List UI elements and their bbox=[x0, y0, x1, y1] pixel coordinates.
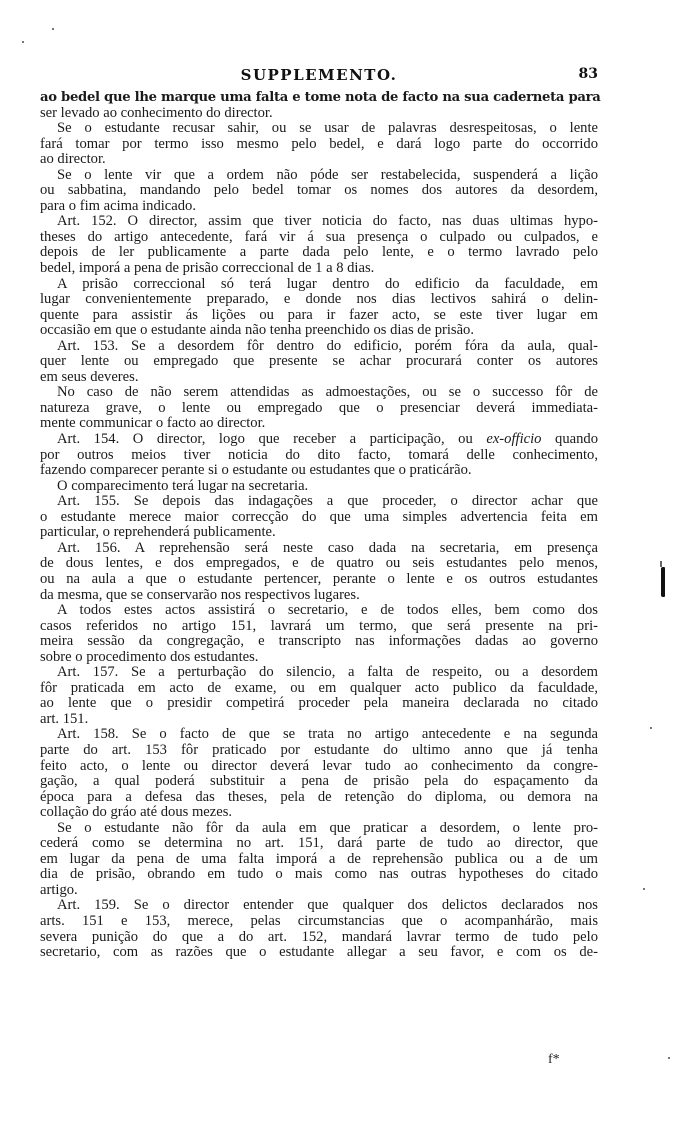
text-line: A todos estes actos assistirá o secretar… bbox=[40, 603, 598, 619]
text-line: arts. 151 e 153, merece, pelas circumsta… bbox=[40, 914, 598, 930]
text-line: No caso de não serem attendidas as admoe… bbox=[40, 385, 598, 401]
text-line: Art. 157. Se a perturbação do silencio, … bbox=[40, 665, 598, 681]
text-line: casos referidos no artigo 151, lavrará u… bbox=[40, 619, 598, 635]
text-line: sobre o procedimento dos estudantes. bbox=[40, 650, 598, 666]
text-line: Art. 158. Se o facto de que se trata no … bbox=[40, 727, 598, 743]
text-line: ou sabbatina, mandando pelo bedel tomar … bbox=[40, 183, 598, 199]
text-line: occasião em que o estudante ainda não te… bbox=[40, 323, 598, 339]
text-line: collação do gráo até dous mezes. bbox=[40, 805, 598, 821]
text-line: particular, o reprehenderá publicamente. bbox=[40, 525, 598, 541]
document-page: SUPPLEMENTO. 83 ao bedel que lhe marque … bbox=[40, 64, 598, 961]
text-line: depois de ler publicamente a parte dada … bbox=[40, 245, 598, 261]
page-number: 83 bbox=[579, 66, 598, 82]
text-line: Se o estudante recusar sahir, ou se usar… bbox=[40, 121, 598, 137]
text-line: fará tomar por termo isso mesmo pelo bed… bbox=[40, 137, 598, 153]
text-line: cederá como se determina no art. 151, da… bbox=[40, 836, 598, 852]
text-line: parte do art. 153 fôr praticado por estu… bbox=[40, 743, 598, 759]
text-line: Art. 155. Se depois das indagações a que… bbox=[40, 494, 598, 510]
text-line: bedel, imporá a pena de prisão correccio… bbox=[40, 261, 598, 277]
text-line: theses do artigo antecedente, fará vir á… bbox=[40, 230, 598, 246]
text-line: quer lente ou empregado que presente se … bbox=[40, 354, 598, 370]
running-head: SUPPLEMENTO. 83 bbox=[40, 64, 598, 86]
text-line: mente communicar o facto ao director. bbox=[40, 416, 598, 432]
running-title: SUPPLEMENTO. bbox=[40, 66, 598, 84]
scan-speck bbox=[52, 28, 54, 30]
text-line: A prisão correccional só terá lugar dent… bbox=[40, 277, 598, 293]
text-line: para o fim acima indicado. bbox=[40, 199, 598, 215]
text-line: ao director. bbox=[40, 152, 598, 168]
text-line: fazendo comparecer perante si o estudant… bbox=[40, 463, 598, 479]
text-line: Se o lente vir que a ordem não póde ser … bbox=[40, 168, 598, 184]
text-line: feito acto, o lente ou director deverá l… bbox=[40, 759, 598, 775]
text-line: ou na aula a que o estudante pertencer, … bbox=[40, 572, 598, 588]
text-line: severa punição do que a do art. 152, man… bbox=[40, 930, 598, 946]
scan-speck bbox=[22, 41, 24, 43]
text-line: dia de prisão, obrando em tudo o mais co… bbox=[40, 867, 598, 883]
body-text: ao bedel que lhe marque uma falta e tome… bbox=[40, 90, 598, 961]
text-line: natureza grave, o lente ou empregado que… bbox=[40, 401, 598, 417]
italic-term: ex-officio bbox=[486, 431, 541, 447]
text-line: em lugar da pena de uma falta imporá a d… bbox=[40, 852, 598, 868]
text-line: época para a defesa das theses, pela de … bbox=[40, 790, 598, 806]
text-line: o estudante merece maior correcção do qu… bbox=[40, 510, 598, 526]
text-line: fôr praticada em acto de exame, ou em qu… bbox=[40, 681, 598, 697]
signature-mark: f* bbox=[548, 1052, 560, 1068]
text-line: lugar convenientemente preparado, e dond… bbox=[40, 292, 598, 308]
text-line: de dous lentes, e dos empregados, e de q… bbox=[40, 556, 598, 572]
text-line: ao lente que o presidir competirá proced… bbox=[40, 696, 598, 712]
text-line: por outros meios tiver noticia do dito f… bbox=[40, 448, 598, 464]
text-line: quente para assistir ás lições ou para i… bbox=[40, 308, 598, 324]
scan-speck bbox=[650, 727, 652, 729]
text-line: Art. 156. A reprehensão será neste caso … bbox=[40, 541, 598, 557]
text-line: meira sessão da congregação, e transcrip… bbox=[40, 634, 598, 650]
text-line: da mesma, que se conservarão nos respect… bbox=[40, 588, 598, 604]
text-line: Art. 159. Se o director entender que qua… bbox=[40, 898, 598, 914]
scan-speck bbox=[668, 1057, 670, 1059]
margin-ink-mark bbox=[661, 567, 665, 597]
text-line: ser levado ao conhecimento do director. bbox=[40, 106, 598, 122]
text-line: Se o estudante não fôr da aula em que pr… bbox=[40, 821, 598, 837]
text-line: em seus deveres. bbox=[40, 370, 598, 386]
text-line: Art. 154. O director, logo que receber a… bbox=[40, 432, 598, 448]
text-line: Art. 152. O director, assim que tiver no… bbox=[40, 214, 598, 230]
text-line: gação, a qual poderá substituir a pena d… bbox=[40, 774, 598, 790]
text-line: artigo. bbox=[40, 883, 598, 899]
scan-speck bbox=[643, 888, 645, 890]
text-line: O comparecimento terá lugar na secretari… bbox=[40, 479, 598, 495]
text-line: secretario, com as razões que o estudant… bbox=[40, 945, 598, 961]
text-line: ao bedel que lhe marque uma falta e tome… bbox=[40, 90, 598, 106]
text-line: art. 151. bbox=[40, 712, 598, 728]
text-line: Art. 153. Se a desordem fôr dentro do ed… bbox=[40, 339, 598, 355]
